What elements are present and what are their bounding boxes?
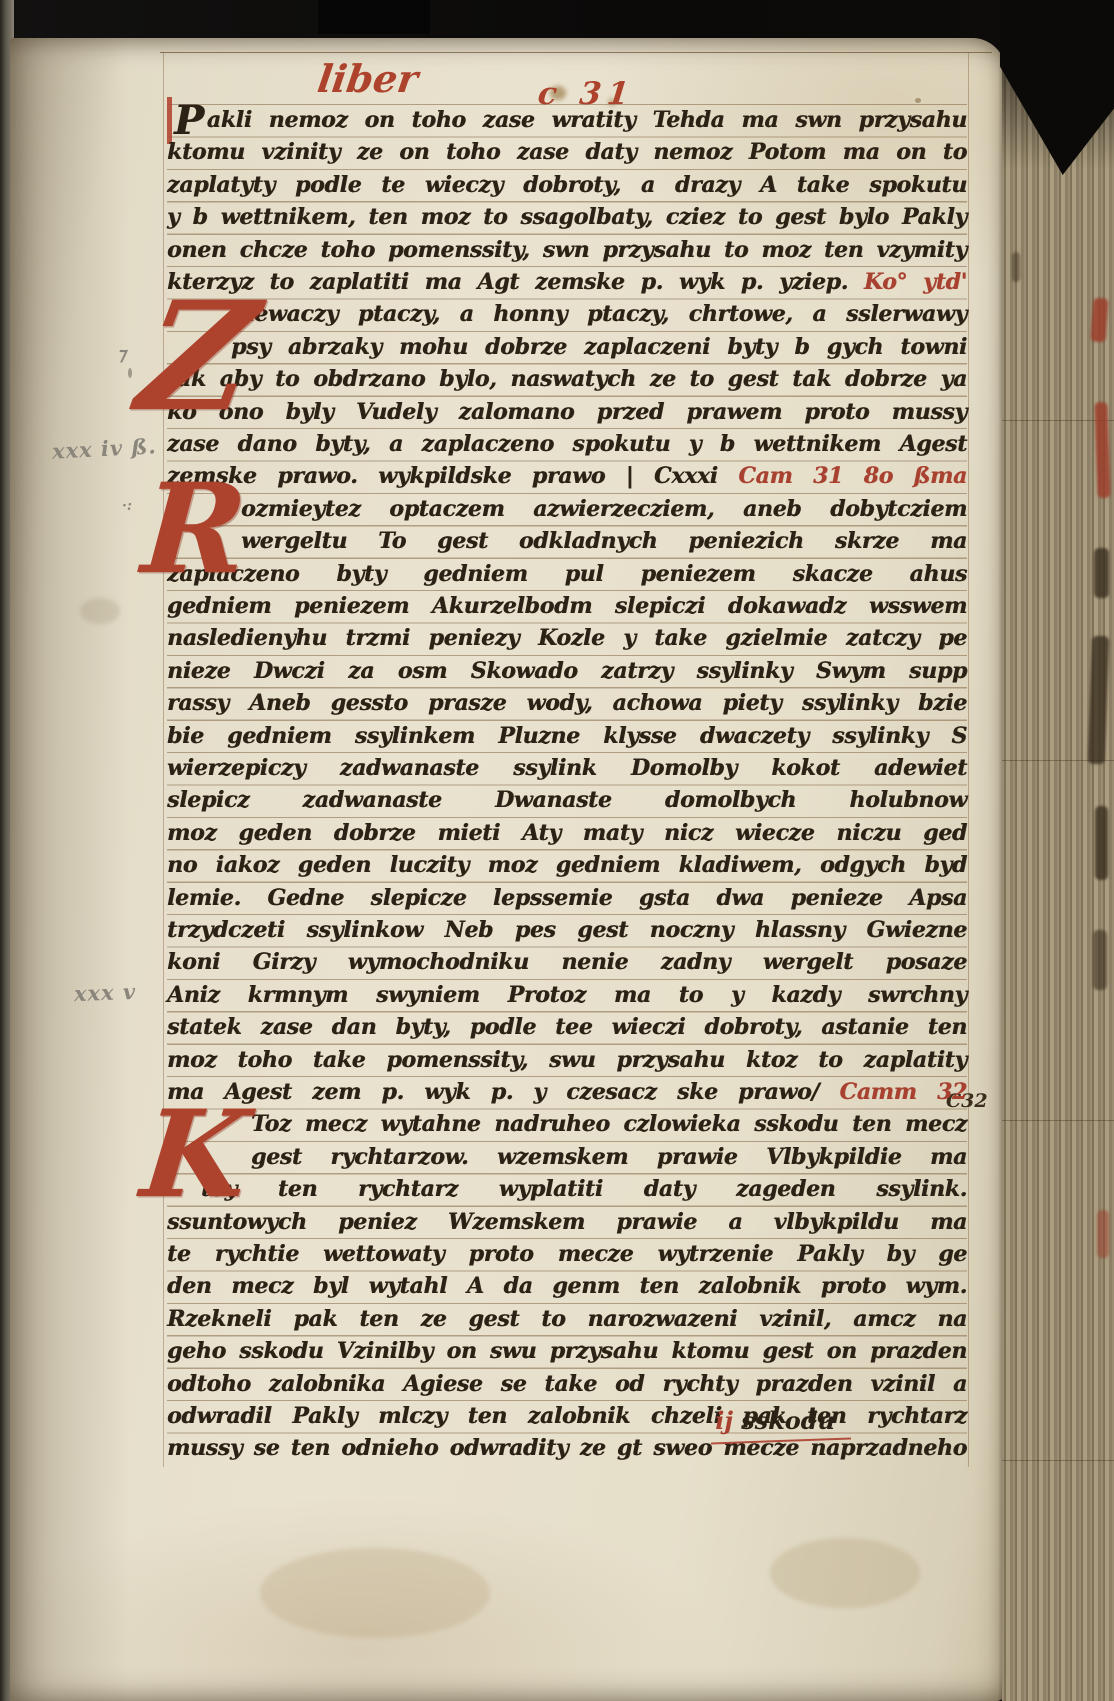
text-line: tey ten rychtarz wyplatiti daty zageden … bbox=[201, 1173, 967, 1205]
text-line: zemske prawo. wykpildske prawo | Cxxxi C… bbox=[167, 460, 967, 492]
line-text: zaplatyty podle te wieczy dobroty, a dra… bbox=[167, 172, 967, 198]
text-line: slepicz zadwanaste Dwanaste domolbych ho… bbox=[167, 784, 967, 816]
top-ruling-line bbox=[160, 52, 992, 53]
edge-ink-mark bbox=[1090, 298, 1108, 343]
text-line: nieze Dwczi za osm Skowado zatrzy ssylin… bbox=[167, 655, 967, 687]
line-text: psy abrzaky mohu dobrze zaplaczeni byty … bbox=[231, 334, 967, 360]
line-text: den mecz byl wytahl A da genm ten zalobn… bbox=[167, 1273, 967, 1299]
line-text: slepicz zadwanaste Dwanaste domolbych ho… bbox=[167, 787, 967, 813]
text-line: ktomu vzinity ze on toho zase daty nemoz… bbox=[167, 136, 967, 168]
illuminated-initial-z: Z bbox=[132, 296, 263, 419]
line-text: ozmieytez optaczem azwierzecziem, aneb d… bbox=[241, 496, 967, 522]
text-line: kterzyz to zaplatiti ma Agt zemske p. wy… bbox=[167, 266, 967, 298]
line-text: tak aby to obdrzano bylo, naswatych ze t… bbox=[167, 366, 967, 392]
manuscript-page: liber c 31 ⁊ xxx iv ß. r ·: xxx v C32 Pa… bbox=[10, 38, 1006, 1701]
line-text: Aniz krmnym swyniem Protoz ma to y kazdy… bbox=[167, 982, 967, 1008]
text-line: statek zase dan byty, podle tee wieczi d… bbox=[167, 1011, 967, 1043]
ink-speck bbox=[915, 98, 921, 103]
text-line: moz geden dobrze mieti Aty maty nicz wie… bbox=[167, 817, 967, 849]
text-line: trzydczeti ssylinkow Neb pes gest noczny… bbox=[167, 914, 967, 946]
line-text: tey ten rychtarz wyplatiti daty zageden … bbox=[201, 1176, 967, 1202]
line-text: nieze Dwczi za osm Skowado zatrzy ssylin… bbox=[167, 658, 967, 684]
line-text: Toz mecz wytahne nadruheo czlowieka ssko… bbox=[251, 1111, 967, 1137]
line-text: koni Girzy wymochodniku nenie zadny werg… bbox=[167, 949, 967, 975]
text-line: piewaczy ptaczy, a honny ptaczy, chrtowe… bbox=[231, 298, 967, 330]
ink-speck bbox=[128, 368, 132, 378]
line-text: moz toho take pomenssity, swu przysahu k… bbox=[167, 1047, 967, 1073]
line-text: zase dano byty, a zaplaczeno spokutu y b… bbox=[167, 431, 967, 457]
edge-ink-mark bbox=[1094, 548, 1109, 598]
stain bbox=[260, 1548, 490, 1638]
text-line: Pakli nemoz on toho zase wratity Tehda m… bbox=[167, 104, 967, 136]
text-line: odtoho zalobnika Agiese se take od rycht… bbox=[167, 1368, 967, 1400]
background-notch bbox=[318, 0, 430, 34]
line-text: no iakoz geden luczity moz gedniem kladi… bbox=[167, 852, 967, 878]
text-line: ssuntowych peniez Wzemskem prawie a vlby… bbox=[167, 1206, 967, 1238]
text-line: zaplaczeno byty gedniem pul peniezem ska… bbox=[167, 558, 967, 590]
line-text: y b wettnikem, ten moz to ssagolbaty, cz… bbox=[167, 204, 967, 230]
text-line: no iakoz geden luczity moz gedniem kladi… bbox=[167, 849, 967, 881]
text-line: ko ono byly Vudely zalomano przed prawem… bbox=[167, 396, 967, 428]
line-text: gest rychtarzow. wzemskem prawie Vlbykpi… bbox=[251, 1144, 967, 1170]
line-text: trzydczeti ssylinkow Neb pes gest noczny… bbox=[167, 917, 967, 943]
line-text: geho sskodu Vzinilby on swu przysahu kto… bbox=[167, 1338, 967, 1364]
text-line: nasledienyhu trzmi peniezy Kozle y take … bbox=[167, 622, 967, 654]
catchword: ijsskodu bbox=[605, 1406, 835, 1435]
margin-folio-note-lower: xxx v bbox=[74, 979, 137, 1006]
line-text: odtoho zalobnika Agiese se take od rycht… bbox=[167, 1371, 967, 1397]
line-text: ko ono byly Vudely zalomano przed prawem… bbox=[167, 399, 967, 425]
line-text: lemie. Gedne slepicze lepssemie gsta dwa… bbox=[167, 885, 967, 911]
text-line: gedniem peniezem Akurzelbodm slepiczi do… bbox=[167, 590, 967, 622]
line-text: zaplaczeno byty gedniem pul peniezem ska… bbox=[167, 561, 967, 587]
text-line: ozmieytez optaczem azwierzecziem, aneb d… bbox=[241, 493, 967, 525]
text-line: te rychtie wettowaty proto mecze wytrzen… bbox=[167, 1238, 967, 1270]
text-line: zase dano byty, a zaplaczeno spokutu y b… bbox=[167, 428, 967, 460]
running-title: liber bbox=[315, 56, 421, 101]
edge-ink-mark bbox=[1097, 1210, 1109, 1258]
edge-rib bbox=[1002, 1120, 1114, 1121]
edge-rib bbox=[1002, 1460, 1114, 1461]
text-line: Rzekneli pak ten ze gest to narozwazeni … bbox=[167, 1303, 967, 1335]
text-block: Pakli nemoz on toho zase wratity Tehda m… bbox=[167, 104, 967, 1465]
text-line: wergeltu To gest odkladnych peniezich sk… bbox=[241, 525, 967, 557]
text-line: geho sskodu Vzinilby on swu przysahu kto… bbox=[167, 1335, 967, 1367]
text-line: bie gedniem ssylinkem Pluzne klysse dwac… bbox=[167, 720, 967, 752]
edge-ink-mark bbox=[1095, 806, 1108, 880]
left-frame-line bbox=[163, 52, 164, 1467]
line-text: gedniem peniezem Akurzelbodm slepiczi do… bbox=[167, 593, 967, 619]
text-line: lemie. Gedne slepicze lepssemie gsta dwa… bbox=[167, 882, 967, 914]
margin-tironian-mark: ⁊ bbox=[117, 344, 126, 365]
stain bbox=[80, 598, 120, 624]
margin-dots-mark: ·: bbox=[122, 498, 132, 514]
line-text: wierzepiczy zadwanaste ssylink Domolby k… bbox=[167, 755, 967, 781]
text-line: gest rychtarzow. wzemskem prawie Vlbykpi… bbox=[251, 1141, 967, 1173]
line-text: rassy Aneb gessto prasze wody, achowa pi… bbox=[167, 690, 967, 716]
text-line: zaplatyty podle te wieczy dobroty, a dra… bbox=[167, 169, 967, 201]
stain bbox=[770, 1538, 920, 1608]
line-text: odwradil Pakly mlczy ten zalobnik chzeli… bbox=[167, 1403, 967, 1429]
line-text: moz geden dobrze mieti Aty maty nicz wie… bbox=[167, 820, 967, 846]
gutter-shadow bbox=[10, 38, 130, 1701]
rubric-chapter-mark: Camm 32 bbox=[819, 1079, 967, 1105]
text-line: y b wettnikem, ten moz to ssagolbaty, cz… bbox=[167, 201, 967, 233]
text-line: onen chcze toho pomenssity, swn przysahu… bbox=[167, 234, 967, 266]
text-line: moz toho take pomenssity, swu przysahu k… bbox=[167, 1044, 967, 1076]
right-frame-line bbox=[968, 52, 969, 1467]
text-line: den mecz byl wytahl A da genm ten zalobn… bbox=[167, 1270, 967, 1302]
manuscript-photo: liber c 31 ⁊ xxx iv ß. r ·: xxx v C32 Pa… bbox=[0, 0, 1114, 1701]
text-line: tak aby to obdrzano bylo, naswatych ze t… bbox=[167, 363, 967, 395]
line-text: te rychtie wettowaty proto mecze wytrzen… bbox=[167, 1241, 967, 1267]
text-line: odwradil Pakly mlczy ten zalobnik chzeli… bbox=[167, 1400, 967, 1432]
text-line: Aniz krmnym swyniem Protoz ma to y kazdy… bbox=[167, 979, 967, 1011]
line-text: statek zase dan byty, podle tee wieczi d… bbox=[167, 1014, 967, 1040]
catchword-word: sskodu bbox=[741, 1406, 835, 1435]
line-text: ktomu vzinity ze on toho zase daty nemoz… bbox=[167, 139, 967, 165]
text-line: wierzepiczy zadwanaste ssylink Domolby k… bbox=[167, 752, 967, 784]
line-text: bie gedniem ssylinkem Pluzne klysse dwac… bbox=[167, 723, 967, 749]
illuminated-initial-r: R bbox=[139, 479, 249, 581]
line-text: nasledienyhu trzmi peniezy Kozle y take … bbox=[167, 625, 967, 651]
line-text: ssuntowych peniez Wzemskem prawie a vlby… bbox=[167, 1209, 967, 1235]
line-text: piewaczy ptaczy, a honny ptaczy, chrtowe… bbox=[231, 301, 967, 327]
rubric-chapter-mark: Cam 31 8o ßma bbox=[718, 463, 967, 489]
edge-ink-mark bbox=[1093, 930, 1107, 990]
text-line: Toz mecz wytahne nadruheo czlowieka ssko… bbox=[251, 1108, 967, 1140]
text-line: koni Girzy wymochodniku nenie zadny werg… bbox=[167, 946, 967, 978]
line-text: akli nemoz on toho zase wratity Tehda ma… bbox=[207, 107, 967, 133]
line-text: kterzyz to zaplatiti ma Agt zemske p. wy… bbox=[167, 269, 848, 295]
line-text: Rzekneli pak ten ze gest to narozwazeni … bbox=[167, 1306, 967, 1332]
text-line: ma Agest zem p. wyk p. y czesacz ske pra… bbox=[167, 1076, 967, 1108]
illuminated-initial-k: K bbox=[138, 1106, 253, 1204]
text-line: rassy Aneb gessto prasze wody, achowa pi… bbox=[167, 687, 967, 719]
line-text: onen chcze toho pomenssity, swn przysahu… bbox=[167, 237, 967, 263]
line-text: ma Agest zem p. wyk p. y czesacz ske pra… bbox=[167, 1079, 819, 1105]
catchword-paraph: ij bbox=[715, 1406, 733, 1435]
edge-ink-mark bbox=[1012, 252, 1020, 282]
text-line: psy abrzaky mohu dobrze zaplaczeni byty … bbox=[231, 331, 967, 363]
rubric-chapter-mark: Ko° ytd' bbox=[848, 269, 967, 295]
line-text: wergeltu To gest odkladnych peniezich sk… bbox=[241, 528, 967, 554]
